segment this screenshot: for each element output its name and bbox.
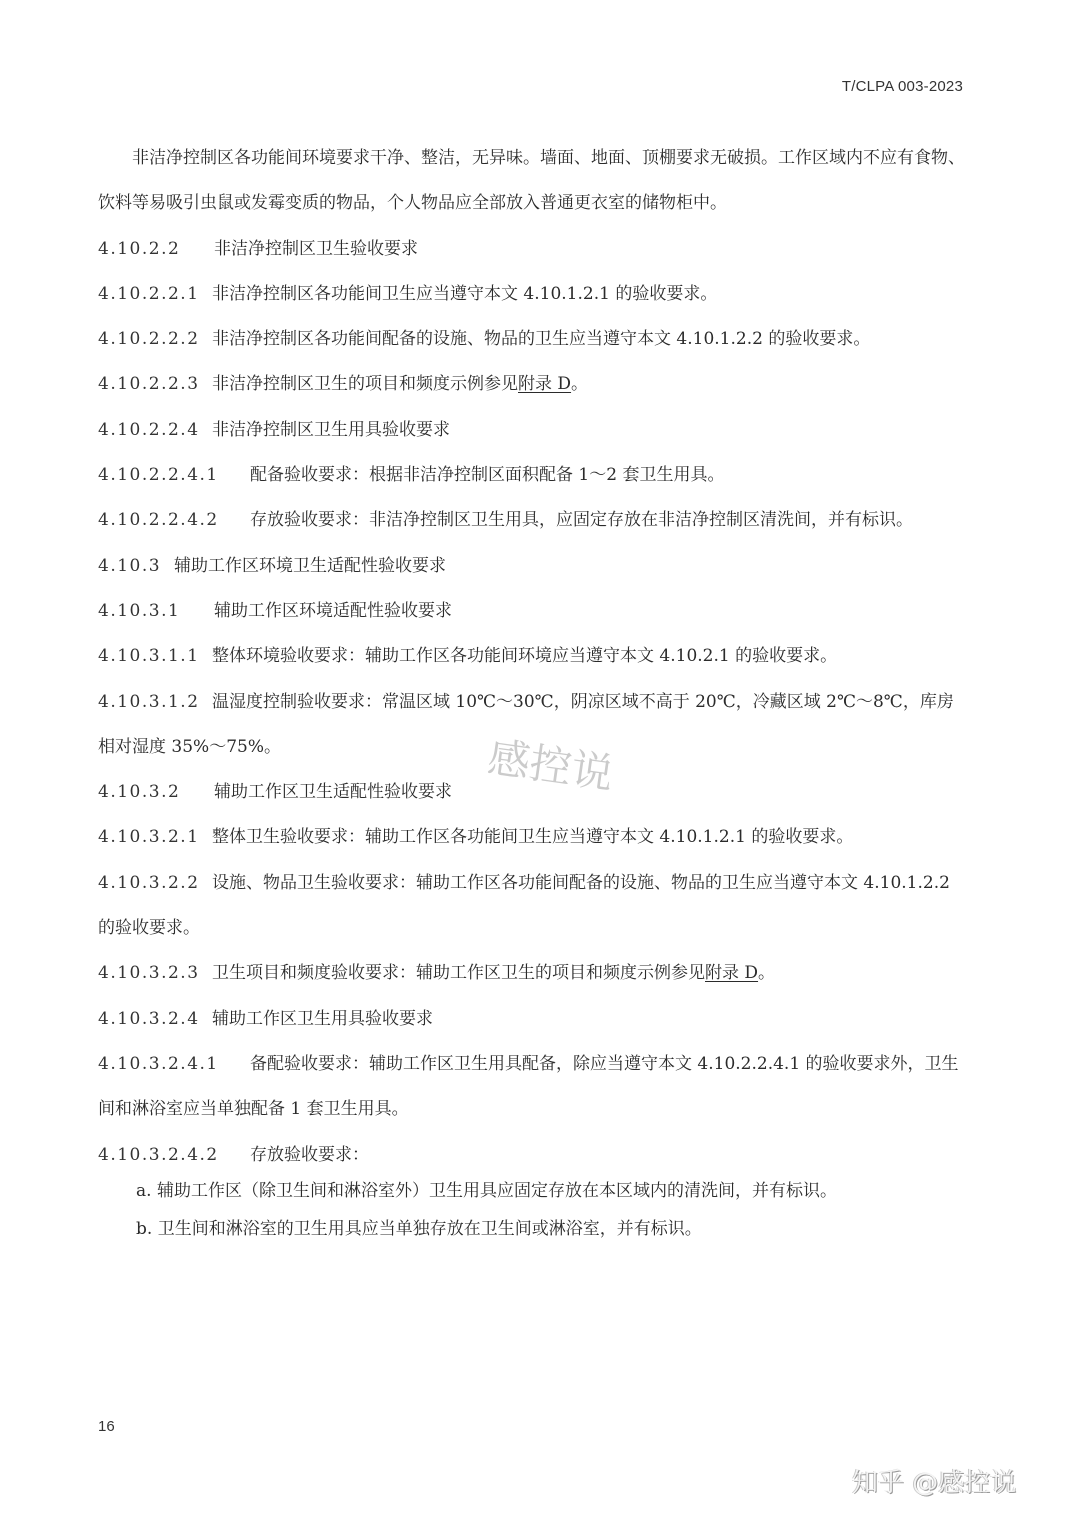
clause-text: 非洁净控制区各功能间配备的设施、物品的卫生应当遵守本文 4.10.1.2.2 的… [212, 329, 870, 349]
paragraph-text: 非洁净控制区各功能间环境要求干净、整洁，无异味。墙面、地面、顶棚要求无破损。工作… [98, 148, 965, 213]
clause-4-10-2-2-2: 4.10.2.2.2非洁净控制区各功能间配备的设施、物品的卫生应当遵守本文 4.… [98, 317, 968, 362]
clause-4-10-2-2-1: 4.10.2.2.1非洁净控制区各功能间卫生应当遵守本文 4.10.1.2.1 … [98, 272, 968, 317]
clause-text: 设施、物品卫生验收要求：辅助工作区各功能间配备的设施、物品的卫生应当遵守本文 4… [98, 873, 950, 938]
clause-4-10-2-2-3: 4.10.2.2.3非洁净控制区卫生的项目和频度示例参见附录 D。 [98, 362, 968, 407]
clause-4-10-3-2-4-1: 4.10.3.2.4.1备配验收要求：辅助工作区卫生用具配备，除应当遵守本文 4… [98, 1042, 968, 1133]
clause-4-10-2-2-4: 4.10.2.2.4非洁净控制区卫生用具验收要求 [98, 408, 968, 453]
clause-text-end: 。 [571, 374, 588, 394]
clause-4-10-3-1: 4.10.3.1辅助工作区环境适配性验收要求 [98, 589, 968, 634]
clause-text: 温湿度控制验收要求：常温区域 10℃～30℃，阴凉区域不高于 20℃，冷藏区域 … [98, 692, 954, 757]
clause-number: 4.10.2.2.2 [98, 317, 212, 362]
clause-text: 辅助工作区卫生适配性验收要求 [214, 782, 452, 802]
page-number: 16 [98, 1418, 115, 1435]
clause-text: 辅助工作区卫生用具验收要求 [212, 1009, 433, 1029]
clause-4-10-3-2-1: 4.10.3.2.1整体卫生验收要求：辅助工作区各功能间卫生应当遵守本文 4.1… [98, 815, 968, 860]
clause-number: 4.10.3.2.4 [98, 997, 212, 1042]
clause-number: 4.10.2.2.4.2 [98, 498, 250, 543]
document-body: 非洁净控制区各功能间环境要求干净、整洁，无异味。墙面、地面、顶棚要求无破损。工作… [98, 136, 968, 1248]
clause-number: 4.10.3.2.3 [98, 951, 212, 996]
document-code: T/CLPA 003-2023 [842, 78, 963, 95]
clause-text: 整体卫生验收要求：辅助工作区各功能间卫生应当遵守本文 4.10.1.2.1 的验… [212, 827, 853, 847]
clause-text: 存放验收要求： [250, 1145, 369, 1165]
clause-text: 非洁净控制区卫生验收要求 [214, 239, 418, 259]
clause-number: 4.10.3.2 [98, 770, 214, 815]
clause-text: 辅助工作区环境适配性验收要求 [214, 601, 452, 621]
list-item-b: b. 卫生间和淋浴室的卫生用具应当单独存放在卫生间或淋浴室，并有标识。 [98, 1210, 968, 1248]
clause-4-10-3-1-1: 4.10.3.1.1整体环境验收要求：辅助工作区各功能间环境应当遵守本文 4.1… [98, 634, 968, 679]
clause-text: 非洁净控制区各功能间卫生应当遵守本文 4.10.1.2.1 的验收要求。 [212, 284, 717, 304]
clause-number: 4.10.3.1.2 [98, 680, 212, 725]
clause-4-10-3-2: 4.10.3.2辅助工作区卫生适配性验收要求 [98, 770, 968, 815]
clause-number: 4.10.3.2.1 [98, 815, 212, 860]
clause-number: 4.10.2.2.4.1 [98, 453, 250, 498]
clause-4-10-3-2-3: 4.10.3.2.3卫生项目和频度验收要求：辅助工作区卫生的项目和频度示例参见附… [98, 951, 968, 996]
clause-text: 卫生项目和频度验收要求：辅助工作区卫生的项目和频度示例参见 [212, 963, 705, 983]
appendix-d-link[interactable]: 附录 D [705, 963, 758, 983]
clause-number: 4.10.2.2.3 [98, 362, 212, 407]
clause-4-10-3: 4.10.3辅助工作区环境卫生适配性验收要求 [98, 544, 968, 589]
clause-text-end: 。 [758, 963, 775, 983]
clause-text: 整体环境验收要求：辅助工作区各功能间环境应当遵守本文 4.10.2.1 的验收要… [212, 646, 837, 666]
clause-number: 4.10.2.2 [98, 227, 214, 272]
clause-text: 存放验收要求：非洁净控制区卫生用具，应固定存放在非洁净控制区清洗间，并有标识。 [250, 510, 913, 530]
clause-number: 4.10.3.1 [98, 589, 214, 634]
clause-text: 非洁净控制区卫生用具验收要求 [212, 420, 450, 440]
list-item-a: a. 辅助工作区（除卫生间和淋浴室外）卫生用具应固定存放在本区域内的清洗间，并有… [98, 1172, 968, 1210]
appendix-d-link[interactable]: 附录 D [518, 374, 571, 394]
clause-4-10-2-2-4-1: 4.10.2.2.4.1配备验收要求：根据非洁净控制区面积配备 1～2 套卫生用… [98, 453, 968, 498]
clause-text: 非洁净控制区卫生的项目和频度示例参见 [212, 374, 518, 394]
clause-4-10-3-2-4: 4.10.3.2.4辅助工作区卫生用具验收要求 [98, 997, 968, 1042]
clause-number: 4.10.2.2.4 [98, 408, 212, 453]
watermark-corner: 知乎 @感控说 [852, 1462, 1016, 1499]
clause-4-10-2-2: 4.10.2.2非洁净控制区卫生验收要求 [98, 227, 968, 272]
clause-number: 4.10.3.2.2 [98, 861, 212, 906]
clause-text: 配备验收要求：根据非洁净控制区面积配备 1～2 套卫生用具。 [250, 465, 724, 485]
clause-4-10-3-1-2: 4.10.3.1.2温湿度控制验收要求：常温区域 10℃～30℃，阴凉区域不高于… [98, 680, 968, 771]
clause-text: 辅助工作区环境卫生适配性验收要求 [174, 556, 446, 576]
clause-4-10-2-2-4-2: 4.10.2.2.4.2存放验收要求：非洁净控制区卫生用具，应固定存放在非洁净控… [98, 498, 968, 543]
clause-number: 4.10.3.2.4.1 [98, 1042, 250, 1087]
intro-paragraph: 非洁净控制区各功能间环境要求干净、整洁，无异味。墙面、地面、顶棚要求无破损。工作… [98, 136, 968, 227]
clause-number: 4.10.2.2.1 [98, 272, 212, 317]
clause-number: 4.10.3.1.1 [98, 634, 212, 679]
clause-4-10-3-2-2: 4.10.3.2.2设施、物品卫生验收要求：辅助工作区各功能间配备的设施、物品的… [98, 861, 968, 952]
clause-number: 4.10.3 [98, 544, 174, 589]
